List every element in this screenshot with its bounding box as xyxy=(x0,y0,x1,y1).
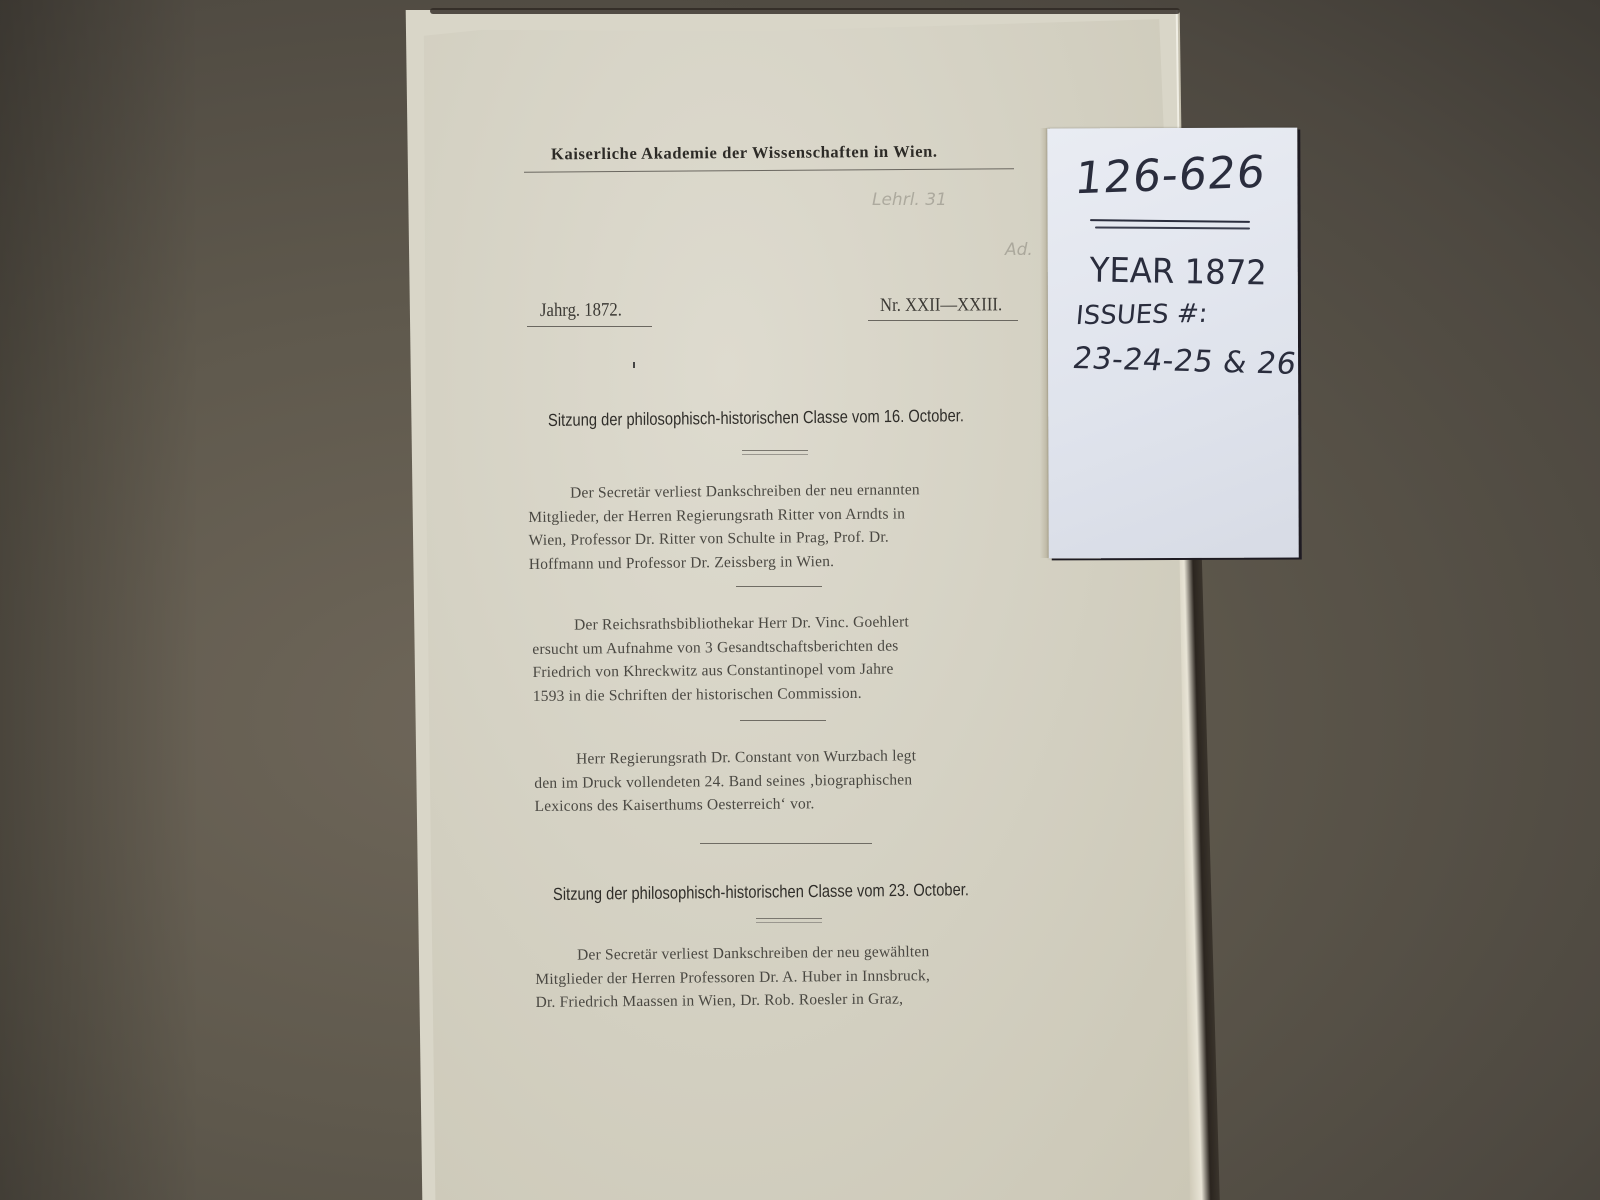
separator-rule xyxy=(740,720,826,721)
double-rule xyxy=(742,450,808,455)
paragraph-goehlert-request: Der Reichsrathsbibliothekar Herr Dr. Vin… xyxy=(532,609,1033,708)
page-top-edge xyxy=(430,8,1180,14)
cardboard-background xyxy=(0,0,200,1200)
year-underline xyxy=(527,326,652,327)
pencil-annotation: Ad. xyxy=(1005,240,1033,260)
paragraph-wurzbach-lexicon: Herr Regierungsrath Dr. Constant von Wur… xyxy=(534,743,1037,818)
card-issues-label: ISSUES #: xyxy=(1075,299,1209,331)
card-catalog-number: 126-626 xyxy=(1072,147,1268,205)
stray-mark xyxy=(633,362,635,368)
section-divider-rule xyxy=(700,843,872,844)
card-year: YEAR 1872 xyxy=(1089,250,1267,293)
double-rule xyxy=(756,918,822,923)
issue-number: Nr. XXII—XXIII. xyxy=(880,294,1002,317)
number-underline xyxy=(868,320,1018,321)
card-issues-list: 23-24-25 & 26 xyxy=(1070,341,1299,382)
separator-rule xyxy=(736,586,822,587)
pencil-annotation: Lehrl. 31 xyxy=(872,190,947,210)
paragraph-new-members-thanks: Der Secretär verliest Dankschreiben der … xyxy=(535,939,1042,1014)
document-header-title: Kaiserliche Akademie der Wissenschaften … xyxy=(551,142,938,165)
paragraph-thanks-letters: Der Secretär verliest Dankschreiben der … xyxy=(528,477,1027,576)
volume-year: Jahrg. 1872. xyxy=(540,300,622,322)
